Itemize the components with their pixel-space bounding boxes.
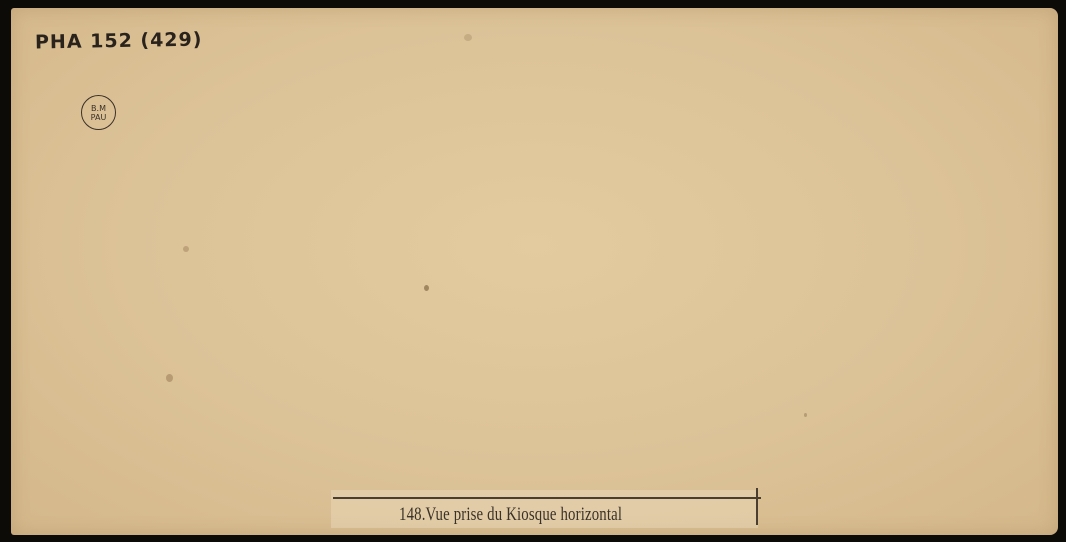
card: PHA 152 (429) B.M PAU 148.Vue prise du K… [11, 8, 1058, 535]
foxing-spot [424, 285, 429, 291]
inventory-mark: PHA 152 (429) [35, 29, 203, 54]
stamp-line-1: B.M [91, 104, 106, 113]
foxing-spot [166, 374, 173, 382]
caption-text: 148.Vue prise du Kiosque horizontal [399, 504, 622, 526]
foxing-spot [804, 413, 807, 417]
foxing-spot [464, 34, 472, 41]
foxing-spot [183, 246, 189, 252]
caption-rule [333, 497, 761, 499]
caption-tick [756, 488, 758, 525]
stamp-line-2: PAU [91, 113, 107, 122]
library-stamp: B.M PAU [81, 95, 116, 130]
